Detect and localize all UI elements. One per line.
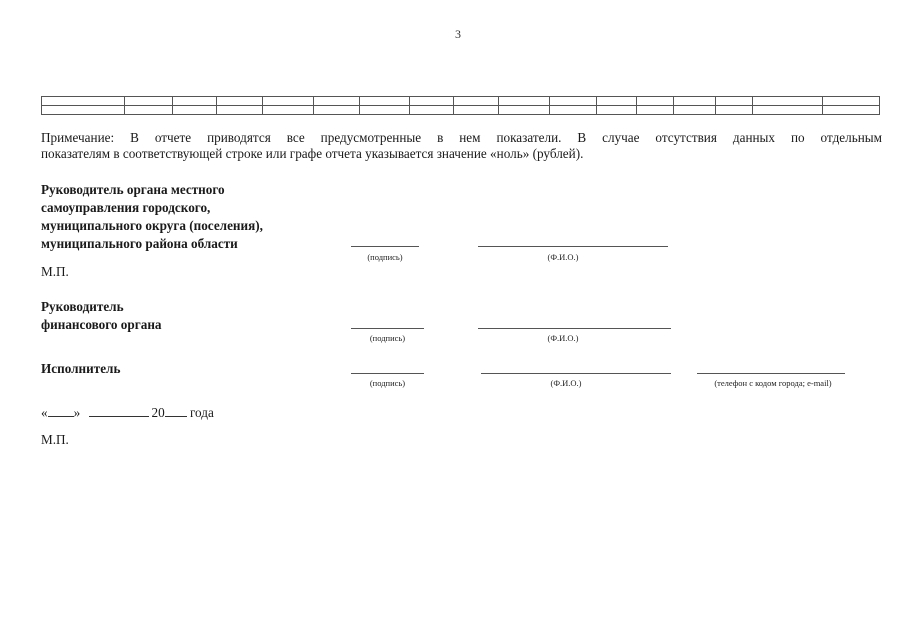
head-local-signature-line[interactable] (351, 246, 419, 247)
head-finance-title-line: финансового органа (41, 316, 162, 334)
executor-contact-line[interactable] (697, 373, 845, 374)
table-cell (410, 97, 454, 106)
table-cell (637, 97, 674, 106)
page-number: 3 (455, 27, 461, 42)
table-cell (360, 97, 410, 106)
executor-signature-caption: (подпись) (351, 378, 424, 388)
head-local-title: Руководитель органа местного самоуправле… (41, 181, 263, 253)
table-cell (550, 106, 597, 115)
head-local-title-line: муниципального района области (41, 235, 263, 253)
table-cell (173, 106, 217, 115)
executor-title: Исполнитель (41, 360, 120, 378)
date-open-quote: « (41, 405, 48, 420)
date-close-quote: » (74, 405, 81, 420)
table-cell (823, 106, 880, 115)
executor-contact-caption: (телефон с кодом города; e-mail) (694, 378, 852, 388)
table-cell (753, 106, 823, 115)
note-line-2: показателям в соответствующей строке или… (41, 146, 882, 162)
table-cell (499, 106, 550, 115)
head-finance-signature-caption: (подпись) (351, 333, 424, 343)
head-local-signature-caption: (подпись) (351, 252, 419, 262)
table-cell (217, 106, 263, 115)
date-month-blank[interactable] (89, 405, 149, 417)
head-local-name-line[interactable] (478, 246, 668, 247)
table-cell (263, 97, 314, 106)
table-cell (716, 97, 753, 106)
table-cell (217, 97, 263, 106)
head-finance-signature-line[interactable] (351, 328, 424, 329)
report-table-fragment (41, 96, 880, 115)
date-year-prefix: 20 (151, 405, 164, 420)
table-cell (499, 97, 550, 106)
table-cell (125, 106, 173, 115)
table-cell (42, 97, 125, 106)
table-cell (597, 106, 637, 115)
table-cell (550, 97, 597, 106)
table-cell (753, 97, 823, 106)
executor-name-caption: (Ф.И.О.) (481, 378, 651, 388)
table-cell (173, 97, 217, 106)
table-cell (454, 106, 499, 115)
table-cell (597, 97, 637, 106)
executor-name-line[interactable] (481, 373, 671, 374)
table-cell (674, 106, 716, 115)
table-cell (360, 106, 410, 115)
head-finance-title-line: Руководитель (41, 298, 162, 316)
table-cell (454, 97, 499, 106)
table-cell (263, 106, 314, 115)
table-row (42, 97, 880, 106)
note-line-1: Примечание: В отчете приводятся все пред… (41, 130, 882, 146)
note-paragraph: Примечание: В отчете приводятся все пред… (41, 130, 882, 162)
seal-label: М.П. (41, 264, 69, 280)
table-cell (410, 106, 454, 115)
table-cell (314, 97, 360, 106)
head-finance-name-caption: (Ф.И.О.) (478, 333, 648, 343)
head-finance-title: Руководитель финансового органа (41, 298, 162, 334)
head-local-title-line: самоуправления городского, (41, 199, 263, 217)
date-day-blank[interactable] (48, 405, 74, 417)
table-cell (42, 106, 125, 115)
table-row (42, 106, 880, 115)
table-cell (637, 106, 674, 115)
table-cell (125, 97, 173, 106)
date-line: «» 20 года (41, 405, 214, 421)
head-finance-name-line[interactable] (478, 328, 671, 329)
table-cell (674, 97, 716, 106)
head-local-title-line: муниципального округа (поселения), (41, 217, 263, 235)
date-suffix: года (190, 405, 214, 420)
table-cell (823, 97, 880, 106)
table-cell (314, 106, 360, 115)
head-local-title-line: Руководитель органа местного (41, 181, 263, 199)
table-cell (716, 106, 753, 115)
executor-signature-line[interactable] (351, 373, 424, 374)
date-year-blank[interactable] (165, 405, 187, 417)
final-seal-label: М.П. (41, 432, 69, 448)
head-local-name-caption: (Ф.И.О.) (478, 252, 648, 262)
